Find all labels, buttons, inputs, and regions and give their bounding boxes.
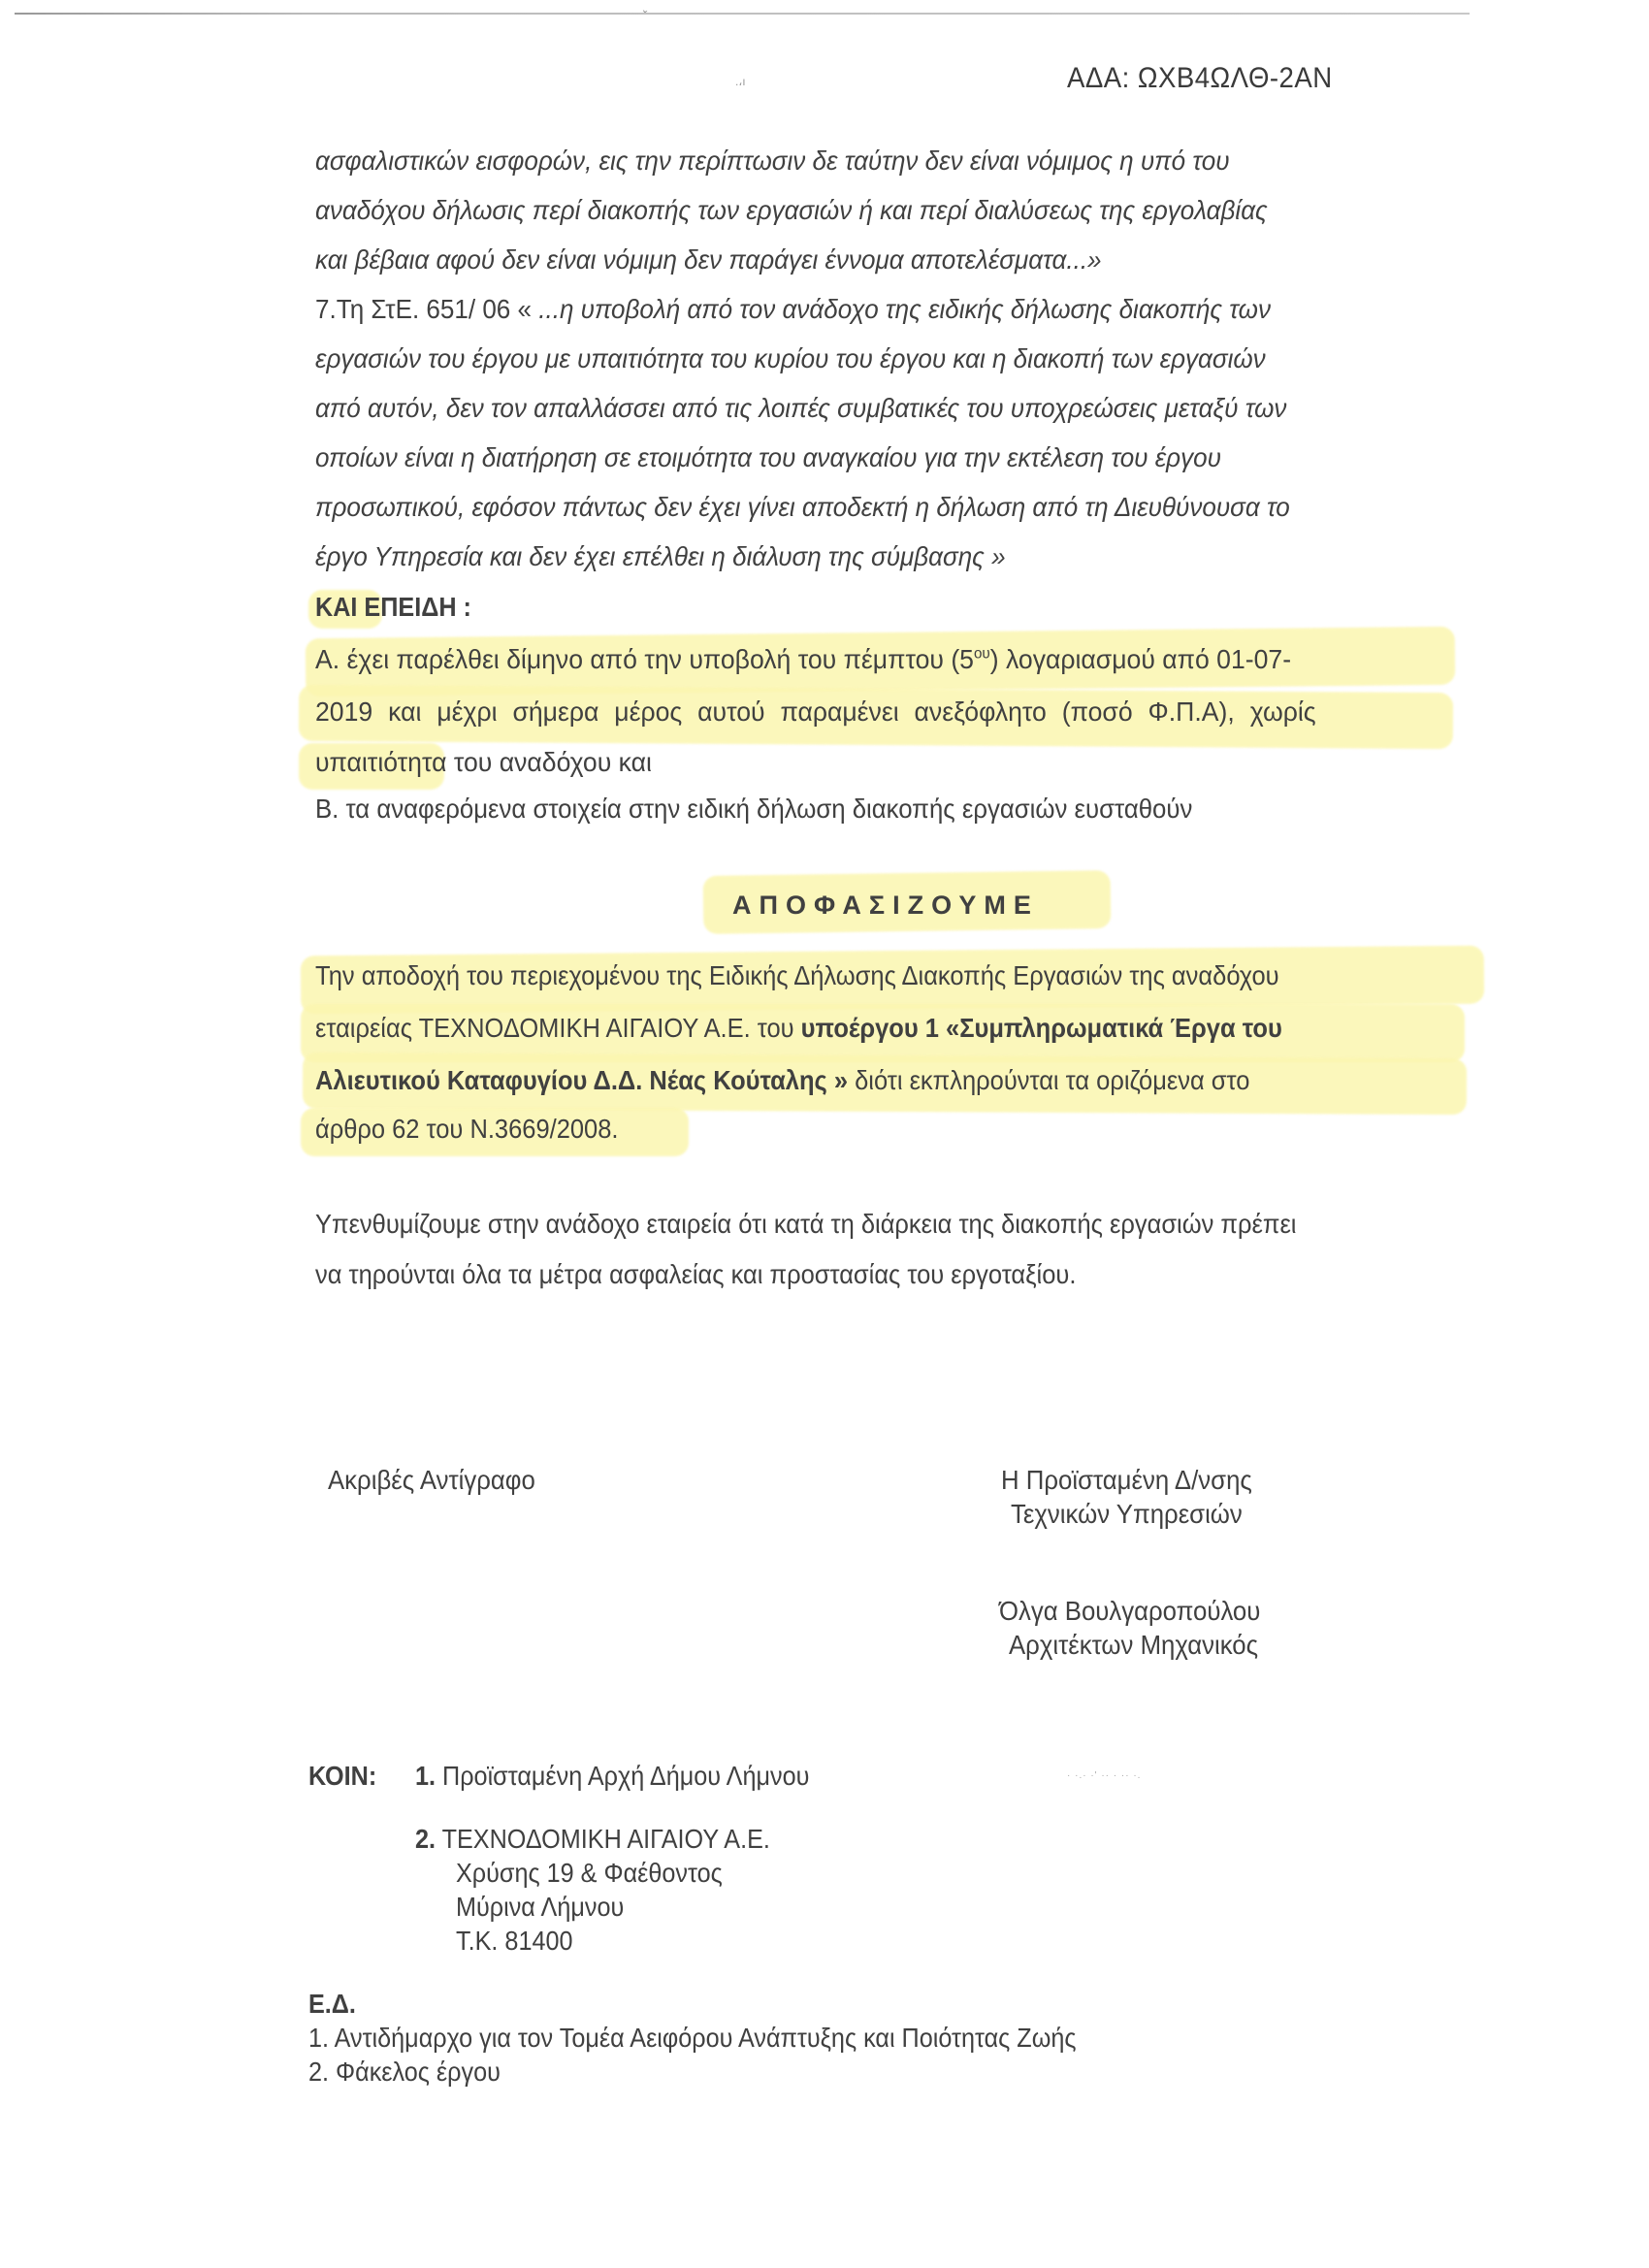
reminder-line: Υπενθυμίζουμε στην ανάδοχο εταιρεία ότι … [315,1209,1296,1240]
scan-artifact: · ·.· ·' ·· · ·· ·. [1067,1770,1141,1781]
item-7-line: από αυτόν, δεν τον απαλλάσσει από τις λο… [315,393,1286,424]
whereas-a-text: ) λογαριασμού από 01-07- [990,644,1291,674]
item-7-line: οποίων είναι η διατήρηση σε ετοιμότητα τ… [315,442,1221,473]
item-7-line: προσωπικού, εφόσον πάντως δεν έχει γίνει… [315,492,1290,523]
decision-title: ΑΠΟΦΑΣΙΖΟΥΜΕ [732,891,1039,921]
quote-line: ασφαλιστικών εισφορών, εις την περίπτωσι… [315,146,1230,177]
scan-edge-line [15,13,1470,15]
decision-line: εταιρείας ΤΕΧΝΟΔΟΜΙΚΗ ΑΙΓΑΙΟΥ Α.Ε. του υ… [315,1013,1282,1044]
whereas-heading: ΚΑΙ ΕΠΕΙΔΗ : [315,592,471,623]
signatory-title: Η Προϊσταμένη Δ/νσης [1001,1465,1252,1496]
ada-code: ΑΔΑ: ΩΧΒ4ΩΛΘ-2ΑΝ [1067,62,1333,95]
scan-artifact: .،ı [735,75,748,88]
ed-label: Ε.Δ. [308,1989,356,2020]
koin-address-line: Χρύσης 19 & Φαέθοντος [456,1858,723,1889]
koin-item-number: 2. [415,1824,436,1854]
superscript: ου [974,646,990,663]
quote-line: και βέβαια αφού δεν είναι νόμιμη δεν παρ… [315,244,1102,275]
signatory-role: Αρχιτέκτων Μηχανικός [1009,1630,1258,1661]
koin-address-line: Τ.Κ. 81400 [456,1926,573,1957]
project-title: υποέργου 1 «Συμπληρωματικά Έργα του [801,1013,1282,1043]
koin-item-text: Προϊσταμένη Αρχή Δήμου Λήμνου [442,1761,809,1791]
koin-item: 1. Προϊσταμένη Αρχή Δήμου Λήμνου [415,1761,809,1792]
decision-text: εταιρείας ΤΕΧΝΟΔΟΜΙΚΗ ΑΙΓΑΙΟΥ Α.Ε. του [315,1013,801,1043]
decision-text: διότι εκπληρούνται τα οριζόμενα στο [848,1065,1249,1095]
item-7-line: έργο Υπηρεσία και δεν έχει επέλθει η διά… [315,541,1006,572]
reminder-line: να τηρούνται όλα τα μέτρα ασφαλείας και … [315,1259,1076,1290]
whereas-a-text: Α. έχει παρέλθει δίμηνο από την υποβολή … [315,644,974,674]
signatory-title: Τεχνικών Υπηρεσιών [1011,1499,1243,1530]
whereas-b-line: Β. τα αναφερόμενα στοιχεία στην ειδική δ… [315,794,1192,825]
signatory-name: Όλγα Βουλγαροπούλου [999,1596,1260,1627]
koin-item: 2. ΤΕΧΝΟΔΟΜΙΚΗ ΑΙΓΑΙΟΥ Α.Ε. [415,1824,770,1855]
item-7-line: εργασιών του έργου με υπαιτιότητα του κυ… [315,343,1266,374]
ed-item: 2. Φάκελος έργου [308,2057,501,2088]
whereas-a-line: υπαιτιότητα του αναδόχου και [315,747,652,778]
koin-label: ΚΟΙΝ: [308,1761,376,1792]
decision-line: Αλιευτικού Καταφυγίου Δ.Δ. Νέας Κούταλης… [315,1065,1249,1096]
quote-line: αναδόχου δήλωσις περί διακοπής των εργασ… [315,195,1268,226]
item-7-prefix: 7.Τη ΣτΕ. 651/ 06 « [315,294,532,324]
scan-artifact: ˇ [641,8,648,24]
koin-item-text: ΤΕΧΝΟΔΟΜΙΚΗ ΑΙΓΑΙΟΥ Α.Ε. [442,1824,770,1854]
ed-item: 1. Αντιδήμαρχο για τον Τομέα Αειφόρου Αν… [308,2023,1077,2054]
decision-line: άρθρο 62 του Ν.3669/2008. [315,1114,618,1145]
koin-address-line: Μύρινα Λήμνου [456,1892,624,1923]
koin-item-number: 1. [415,1761,436,1791]
item-7-text: ...η υποβολή από τον ανάδοχο της ειδικής… [532,294,1271,324]
project-title: Αλιευτικού Καταφυγίου Δ.Δ. Νέας Κούταλης… [315,1065,848,1095]
certified-copy-label: Ακριβές Αντίγραφο [328,1465,535,1496]
whereas-a-line: 2019 και μέχρι σήμερα μέρος αυτού παραμέ… [315,697,1316,728]
whereas-a-line: Α. έχει παρέλθει δίμηνο από την υποβολή … [315,644,1291,675]
item-7-line: 7.Τη ΣτΕ. 651/ 06 « ...η υποβολή από τον… [315,294,1271,325]
decision-line: Την αποδοχή του περιεχομένου της Ειδικής… [315,960,1279,991]
